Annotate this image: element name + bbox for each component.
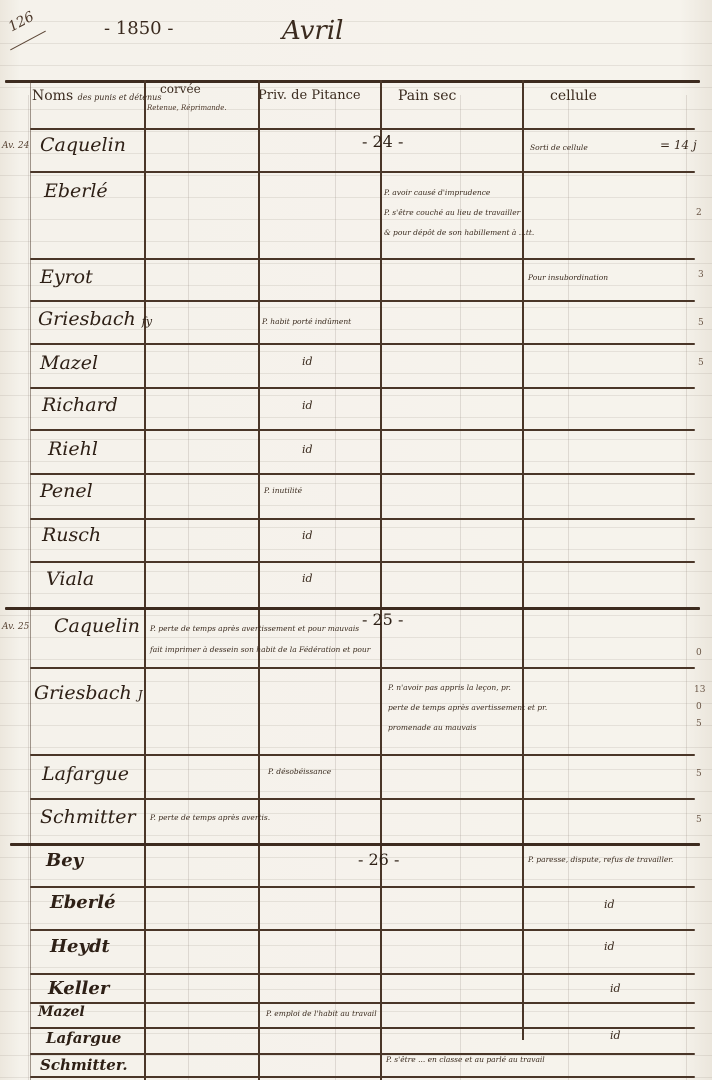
pain-sec-note: & pour dépôt de son habillement à ...tt. [384,228,534,237]
row-rule [30,300,695,302]
entry-name: Lafargue [42,763,129,785]
cellule-note: id [610,982,621,995]
corvee-note: fait imprimer à dessein son habit de la … [150,645,370,654]
faint-rule [686,95,687,1080]
pitance-note: id [302,399,313,412]
entry-name: Viala [46,568,94,590]
pain-sec-note: P. n'avoir pas appris la leçon, pr. [388,683,511,692]
entry-name: Keller [48,978,109,999]
row-rule [30,387,695,389]
entry-name: Penel [40,480,93,502]
faint-rule [568,95,569,1080]
row-rule [30,473,695,475]
row-rule [30,343,695,345]
row-rule [30,886,695,888]
row-rule [30,1076,695,1078]
cellule-note: Pour insubordination [528,273,608,282]
margin-mark: 0 [696,702,702,712]
margin-mark: 5 [698,318,704,328]
page-number: 126 [6,9,37,36]
pitance-note: P. habit porté indûment [262,317,351,326]
row-rule [30,798,695,800]
entry-name: Griesbach J [34,682,143,704]
margin-mark: 5 [696,769,702,779]
pitance-note: id [302,529,313,542]
cellule-note: id [604,898,615,911]
entry-name-suffix: fy [142,315,152,328]
entry-name-text: Griesbach [34,682,132,704]
column-subheader-corvee: Retenue, Réprimande. [147,104,227,112]
column-divider [522,80,524,1040]
margin-mark: 5 [696,815,702,825]
row-rule [30,429,695,431]
entry-name: Caquelin [40,134,126,156]
entry-name: Eberlé [44,180,108,202]
faint-rule [460,95,461,1080]
day-date: - 26 - [358,850,399,869]
cellule-note: Sorti de cellule [530,143,588,152]
day-date: - 24 - [362,132,403,151]
pain-sec-note: P. avoir causé d'imprudence [384,188,490,197]
day-rule [5,607,700,610]
row-rule [30,171,695,173]
column-header-noms: Noms des punis et détenus [32,88,161,104]
column-label: Noms [32,88,73,104]
row-rule [30,1053,695,1055]
row-rule [30,667,695,669]
pain-sec-note: P. s'être couché au lieu de travailler [384,208,520,217]
entry-name: Richard [42,394,118,416]
entry-name-suffix: J [138,688,143,702]
entry-name: Griesbach fy [38,308,152,330]
row-rule [30,258,695,260]
entry-name: Heydt [50,936,110,957]
pitance-note: P. désobéissance [268,767,331,776]
column-header-corvee: corvée [160,82,201,96]
corvee-note: P. perte de temps après avertissement et… [150,624,359,633]
header-rule [30,128,695,130]
entry-name: Mazel [38,1004,85,1020]
row-rule [30,973,695,975]
row-rule [30,561,695,563]
row-rule [30,518,695,520]
entry-name: Schmitter. [40,1056,128,1074]
entry-name-text: Griesbach [38,308,136,330]
year-heading: - 1850 - [104,18,173,39]
pain-sec-note: perte de temps après avertissement et pr… [388,703,547,712]
cellule-note: id [610,1029,621,1042]
entry-name: Eyrot [40,266,93,288]
month-heading: Avril [282,16,343,46]
ledger-page: 126 - 1850 - Avril Noms des punis et dét… [0,0,712,1080]
entry-name: Rusch [42,524,101,546]
column-sublabel: des punis et détenus [78,93,162,102]
margin-count: = 14 j [660,138,697,152]
column-header-pain-sec: Pain sec [398,88,456,104]
pain-sec-note: promenade au mauvais [388,723,476,732]
margin-mark: 3 [698,270,704,280]
top-rule [5,80,700,83]
column-header-pitance: Priv. de Pitance [258,88,361,103]
entry-name: Eberlé [50,892,116,913]
faint-rule [188,95,189,1080]
entry-name-text: Schmitter [40,1056,122,1074]
faint-rule [335,95,336,1080]
margin-mark: 5 [696,719,702,729]
pitance-note: id [302,443,313,456]
entry-name: Caquelin [54,615,140,637]
entry-name: Schmitter [40,806,136,828]
corvee-note: P. perte de temps après avertis. [150,813,270,822]
day-date: - 25 - [362,610,403,629]
pain-sec-note: P. s'être ... en classe et au parlé au t… [386,1055,545,1064]
entry-name: Bey [46,850,83,871]
cellule-note: id [604,940,615,953]
entry-name: Mazel [40,352,98,374]
pitance-note: P. inutilité [264,486,302,495]
entry-name: Lafargue [46,1029,121,1047]
day-rule [10,843,700,846]
margin-mark: 5 [698,358,704,368]
day-side-marker: Av. 25 [2,622,29,632]
margin-mark: 0 [696,648,702,658]
row-rule [30,754,695,756]
pitance-note: P. emploi de l'habit au travail [266,1009,377,1018]
cellule-note: P. paresse, dispute, refus de travailler… [528,855,673,864]
entry-name: Riehl [48,438,98,460]
pitance-note: id [302,355,313,368]
column-header-cellule: cellule [550,88,597,104]
row-rule [30,1002,695,1004]
day-side-marker: Av. 24 [2,141,29,151]
margin-mark: 13 [694,685,705,695]
margin-mark: 2 [696,208,702,218]
row-rule [30,929,695,931]
pitance-note: id [302,572,313,585]
entry-name-suffix: . [122,1056,127,1074]
faint-rule [28,95,29,1080]
row-rule [30,1027,695,1029]
